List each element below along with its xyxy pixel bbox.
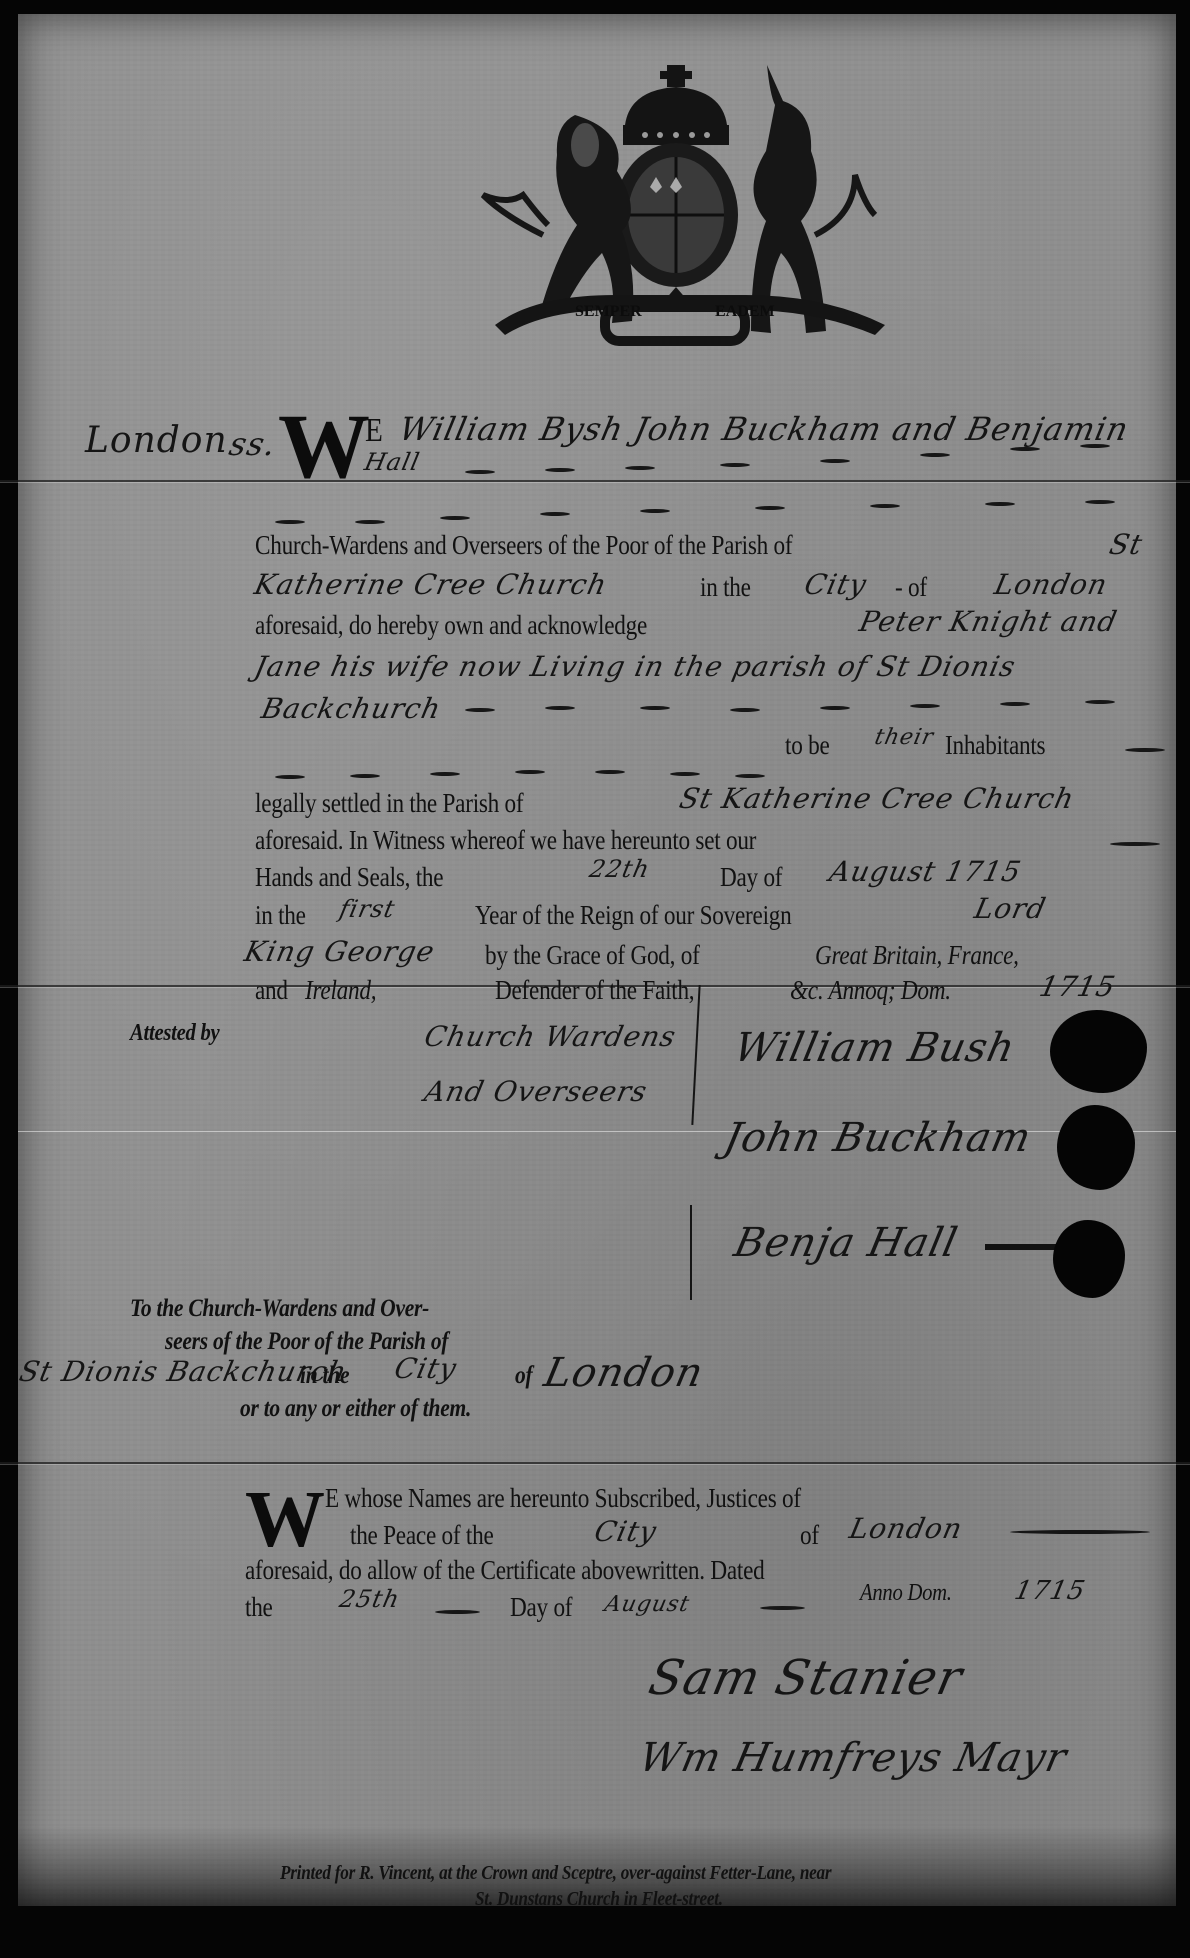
role-church-wardens: Church Wardens <box>421 1020 679 1053</box>
lord-hand: Lord <box>971 892 1049 925</box>
body-line-9: Hands and Seals, the <box>255 862 443 893</box>
body-line-7: legally settled in the Parish of <box>255 788 523 819</box>
justices-line-3: aforesaid, do allow of the Certificate a… <box>245 1555 765 1586</box>
address-london: London <box>540 1350 708 1396</box>
city-1: City <box>801 568 869 601</box>
witness-day: 22th <box>587 855 653 883</box>
acknowledged-persons: Peter Knight and <box>856 605 1120 638</box>
justices-day: 25th <box>337 1585 403 1613</box>
justices-line-2: the Peace of the <box>350 1520 494 1551</box>
justices-month: August <box>602 1592 692 1617</box>
role-overseers: And Overseers <box>421 1075 650 1108</box>
address-line-1: To the Church-Wardens and Over- <box>130 1295 429 1323</box>
justices-london: London <box>846 1512 965 1545</box>
dropcap-w: W <box>278 400 370 492</box>
imprint-line-2: St. Dunstans Church in Fleet-street. <box>475 1888 723 1911</box>
signature-wm-humfreys: Wm Humfreys Mayr <box>635 1735 1071 1781</box>
year-1715: 1715 <box>1036 970 1118 1003</box>
and-1: and <box>255 975 288 1006</box>
ss-abbreviation: ss. <box>226 425 280 463</box>
in-the-1: in the <box>700 572 751 603</box>
justices-anno-dom: Anno Dom. <box>860 1580 952 1607</box>
body-line-1: Church-Wardens and Overseers of the Poor… <box>255 530 792 561</box>
king-george: King George <box>241 935 437 968</box>
churchwarden-names-cont: Hall <box>362 448 423 476</box>
signature-bracket-lower <box>690 1205 692 1300</box>
in-the-2: in the <box>255 900 306 931</box>
inhabitants: Inhabitants <box>945 730 1045 761</box>
address-of: of <box>515 1362 532 1390</box>
body-line-4-hand: Jane his wife now Living in the parish o… <box>251 650 1018 683</box>
address-city: City <box>391 1352 459 1385</box>
annoq-dom: &c. Annoq; Dom. <box>790 975 951 1006</box>
witness-month-year: August 1715 <box>826 855 1024 888</box>
body-line-8: aforesaid. In Witness whereof we have he… <box>255 825 756 856</box>
signature-william-bush: William Bush <box>730 1025 1019 1071</box>
justices-year: 1715 <box>1012 1576 1089 1606</box>
justices-dropcap: W <box>245 1480 325 1560</box>
svg-text:SEMPER: SEMPER <box>575 303 642 320</box>
address-in-the: in the <box>300 1362 349 1390</box>
justices-the: the <box>245 1592 273 1623</box>
of-1: - of <box>895 572 927 603</box>
dropcap-rest: E <box>365 412 383 450</box>
attested-by-label: Attested by <box>130 1020 219 1047</box>
regnal-year: first <box>337 895 398 923</box>
body-line-11: by the Grace of God, of <box>485 940 700 971</box>
london-1: London <box>991 568 1110 601</box>
fold-line-3 <box>0 1462 1190 1464</box>
parish-name-1: Katherine Cree Church <box>251 568 610 601</box>
body-line-10: Year of the Reign of our Sovereign <box>475 900 791 931</box>
signature-john-buckham: John Buckham <box>720 1115 1035 1161</box>
defender-of-faith: Defender of the Faith, <box>495 975 694 1006</box>
wax-seal-2 <box>1057 1105 1135 1190</box>
ireland: Ireland, <box>305 975 376 1006</box>
their-hand: their <box>872 725 936 750</box>
justices-city: City <box>591 1515 659 1548</box>
to-be: to be <box>785 730 830 761</box>
wax-seal-1 <box>1050 1010 1147 1093</box>
signature-benja-hall: Benja Hall <box>730 1220 962 1266</box>
body-line-3: aforesaid, do hereby own and acknowledge <box>255 610 647 641</box>
svg-text:EADEM: EADEM <box>715 303 775 320</box>
fold-line-1 <box>0 480 1190 482</box>
body-line-11-italic: Great Britain, France, <box>815 940 1019 971</box>
day-of-1: Day of <box>720 862 782 893</box>
parish-name-2: St Katherine Cree Church <box>676 782 1077 815</box>
place-london: London <box>85 420 228 461</box>
wax-seal-3 <box>1053 1220 1125 1298</box>
royal-coat-of-arms-icon: SEMPER EADEM <box>455 65 925 350</box>
address-line-4: or to any or either of them. <box>240 1395 471 1423</box>
justices-day-of: Day of <box>510 1592 572 1623</box>
justices-of: of <box>800 1520 819 1551</box>
imprint-line-1: Printed for R. Vincent, at the Crown and… <box>280 1862 831 1885</box>
body-line-5-hand: Backchurch <box>258 692 444 725</box>
justices-line-1: E whose Names are hereunto Subscribed, J… <box>325 1483 801 1514</box>
churchwarden-names: William Bysh John Buckham and Benjamin <box>396 410 1132 448</box>
signature-sam-stanier: Sam Stanier <box>644 1650 968 1706</box>
